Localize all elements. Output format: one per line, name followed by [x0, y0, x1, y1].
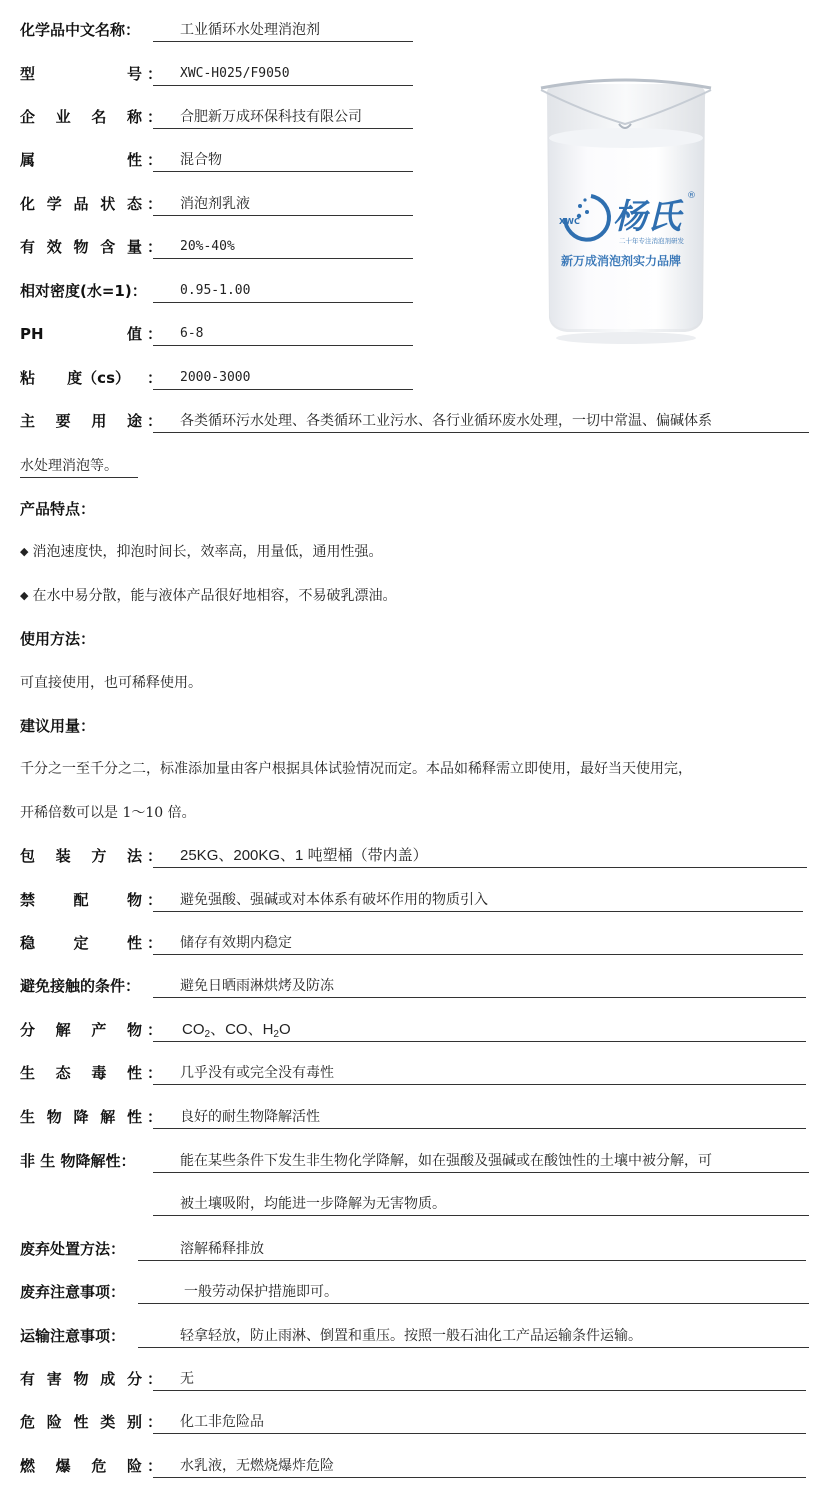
spec-label: 属性 ：: [20, 148, 142, 172]
spec-label: 生物降解性 ：: [20, 1105, 142, 1129]
underline: [153, 171, 413, 172]
spec-value: 25KG、200KG、1 吨塑桶（带内盖）: [180, 844, 428, 868]
underline: [153, 1084, 806, 1085]
spec-label: 有效物含量 ：: [20, 235, 142, 259]
underline: [153, 1477, 806, 1478]
dosage-text-cont: 开稀倍数可以是 1～10 倍。: [20, 801, 196, 825]
spec-value: 合肥新万成环保科技有限公司: [180, 105, 362, 129]
spec-row-incompatible: 禁配物 ： 避免强酸、强碱或对本体系有破坏作用的物质引入: [0, 888, 830, 912]
spec-label: 生态毒性 ：: [20, 1061, 142, 1085]
underline: [153, 1390, 806, 1391]
spec-row-main-use-cont: 水处理消泡等。: [0, 454, 830, 478]
spec-label: 分解产物 ：: [20, 1018, 142, 1042]
spec-value: 良好的耐生物降解活性: [180, 1105, 320, 1129]
dosage-text: 千分之一至千分之二，标准添加量由客户根据具体试验情况而定。本品如稀释需立即使用，…: [20, 757, 692, 781]
underline: [153, 128, 413, 129]
feature-item: ◆在水中易分散，能与液体产品很好地相容，不易破乳漂油。: [20, 584, 396, 608]
dosage-heading: 建议用量：: [20, 714, 95, 738]
spec-value: 几乎没有或完全没有毒性: [180, 1061, 334, 1085]
svg-text:XWC: XWC: [559, 217, 580, 226]
spec-value: 20%-40%: [180, 235, 235, 259]
product-image: XWC 杨氏 ® 二十年专注消泡剂研发 新万成消泡剂实力品牌: [535, 68, 717, 348]
spec-label: 包装方法 ：: [20, 844, 142, 868]
usage-heading: 使用方法：: [20, 627, 95, 651]
spec-value: 0.95-1.00: [180, 279, 250, 303]
spec-value: 能在某些条件下发生非生物化学降解，如在强酸及强碱或在酸蚀性的土壤中被分解，可: [180, 1149, 712, 1173]
spec-row-stability: 稳定性 ： 储存有效期内稳定: [0, 931, 830, 955]
underline: [153, 954, 803, 955]
spec-label: 企业名称 ：: [20, 105, 142, 129]
spec-value: XWC-H025/F9050: [180, 62, 290, 86]
spec-value: 一般劳动保护措施即可。: [184, 1280, 338, 1304]
underline: [153, 302, 413, 303]
spec-label: 相对密度(水=1)：: [20, 279, 147, 303]
spec-row-hazard-class: 危险性类别 ： 化工非危险品: [0, 1410, 830, 1434]
spec-row-fire-explosion: 燃爆危险 ： 水乳液，无燃烧爆炸危险: [0, 1454, 830, 1478]
spec-row-biodegradability: 生物降解性 ： 良好的耐生物降解活性: [0, 1105, 830, 1129]
spec-value: 消泡剂乳液: [180, 192, 250, 216]
spec-value: 溶解稀释排放: [180, 1237, 264, 1261]
spec-row-disposal-notes: 废弃注意事项： 一般劳动保护措施即可。: [0, 1280, 830, 1304]
spec-row-abiotic-degradation: 非 生 物降解性： 能在某些条件下发生非生物化学降解，如在强酸及强碱或在酸蚀性的…: [0, 1149, 830, 1173]
svg-text:二十年专注消泡剂研发: 二十年专注消泡剂研发: [619, 236, 685, 245]
spec-value: 混合物: [180, 148, 222, 172]
spec-label: 废弃处置方法：: [20, 1237, 125, 1261]
underline: [153, 911, 803, 912]
spec-label: 废弃注意事项：: [20, 1280, 125, 1304]
spec-label: 化学品中文名称：: [20, 18, 140, 42]
beaker-icon: XWC 杨氏 ® 二十年专注消泡剂研发 新万成消泡剂实力品牌: [535, 68, 717, 348]
spec-label: 型号 ：: [20, 62, 142, 86]
spec-value: 轻拿轻放，防止雨淋、倒置和重压。按照一般石油化工产品运输条件运输。: [180, 1324, 642, 1348]
spec-label: 有害物成分 ：: [20, 1367, 142, 1391]
spec-row-hazardous-ingredients: 有害物成分 ： 无: [0, 1367, 830, 1391]
features-heading: 产品特点：: [20, 497, 95, 521]
spec-value: 被土壤吸附，均能进一步降解为无害物质。: [180, 1192, 446, 1216]
spec-value: 无: [180, 1367, 194, 1391]
feature-item: ◆消泡速度快，抑泡时间长，效率高，用量低，通用性强。: [20, 540, 382, 564]
spec-row-decomposition: 分解产物 ： CO2、CO、H2O: [0, 1018, 830, 1042]
underline: [138, 1347, 809, 1348]
spec-label: 运输注意事项：: [20, 1324, 125, 1348]
spec-row-abiotic-degradation-cont: 被土壤吸附，均能进一步降解为无害物质。: [0, 1192, 830, 1216]
spec-row-ecotoxicity: 生态毒性 ： 几乎没有或完全没有毒性: [0, 1061, 830, 1085]
underline: [153, 432, 809, 433]
svg-text:杨氏: 杨氏: [613, 197, 684, 237]
underline: [153, 1041, 806, 1042]
underline: [153, 1215, 809, 1216]
underline: [153, 997, 806, 998]
spec-row-transport-notes: 运输注意事项： 轻拿轻放，防止雨淋、倒置和重压。按照一般石油化工产品运输条件运输…: [0, 1324, 830, 1348]
diamond-bullet-icon: ◆: [20, 545, 28, 558]
spec-row-avoid-conditions: 避免接触的条件： 避免日晒雨淋烘烤及防冻: [0, 974, 830, 998]
underline: [138, 1303, 809, 1304]
spec-label: 化学品状态 ：: [20, 192, 142, 216]
spec-row-main-use: 主要用途 ： 各类循环污水处理、各类循环工业污水、各行业循环废水处理，一切中常温…: [0, 409, 830, 433]
spec-value: 6-8: [180, 322, 203, 346]
spec-value: 储存有效期内稳定: [180, 931, 292, 955]
spec-value: 化工非危险品: [180, 1410, 264, 1434]
underline: [153, 867, 807, 868]
svg-text:新万成消泡剂实力品牌: 新万成消泡剂实力品牌: [561, 253, 681, 268]
spec-value: 工业循环水处理消泡剂: [180, 18, 320, 42]
underline: [153, 1433, 806, 1434]
spec-value: CO2、CO、H2O: [182, 1018, 291, 1042]
diamond-bullet-icon: ◆: [20, 589, 28, 602]
underline: [153, 1172, 809, 1173]
spec-label: 主要用途 ：: [20, 409, 142, 433]
underline: [153, 345, 413, 346]
spec-row-packaging: 包装方法 ： 25KG、200KG、1 吨塑桶（带内盖）: [0, 844, 830, 868]
spec-value: 避免日晒雨淋烘烤及防冻: [180, 974, 334, 998]
underline: [20, 477, 138, 478]
underline: [153, 41, 413, 42]
spec-label: 非 生 物降解性：: [20, 1149, 136, 1173]
spec-label: 避免接触的条件：: [20, 974, 140, 998]
spec-row-chinese-name: 化学品中文名称： 工业循环水处理消泡剂: [0, 18, 830, 42]
spec-value: 水处理消泡等。: [20, 454, 118, 478]
underline: [153, 258, 413, 259]
spec-value: 各类循环污水处理、各类循环工业污水、各行业循环废水处理，一切中常温、偏碱体系: [180, 409, 712, 433]
spec-label: 燃爆危险 ：: [20, 1454, 142, 1478]
spec-row-disposal-method: 废弃处置方法： 溶解稀释排放: [0, 1237, 830, 1261]
spec-label: 危险性类别 ：: [20, 1410, 142, 1434]
underline: [138, 1260, 806, 1261]
spec-label: 禁配物 ：: [20, 888, 142, 912]
svg-text:®: ®: [687, 191, 696, 201]
spec-label: 粘度（cs） ：: [20, 366, 130, 390]
spec-value: 2000-3000: [180, 366, 250, 390]
spec-label: PH值 ：: [20, 322, 142, 346]
underline: [153, 85, 413, 86]
spec-value: 避免强酸、强碱或对本体系有破坏作用的物质引入: [180, 888, 488, 912]
usage-text: 可直接使用，也可稀释使用。: [20, 671, 202, 695]
underline: [153, 1128, 806, 1129]
spec-label: 稳定性 ：: [20, 931, 142, 955]
spec-row-viscosity: 粘度（cs） ： 2000-3000: [0, 366, 830, 390]
underline: [153, 215, 413, 216]
spec-value: 水乳液，无燃烧爆炸危险: [180, 1454, 334, 1478]
underline: [153, 389, 413, 390]
